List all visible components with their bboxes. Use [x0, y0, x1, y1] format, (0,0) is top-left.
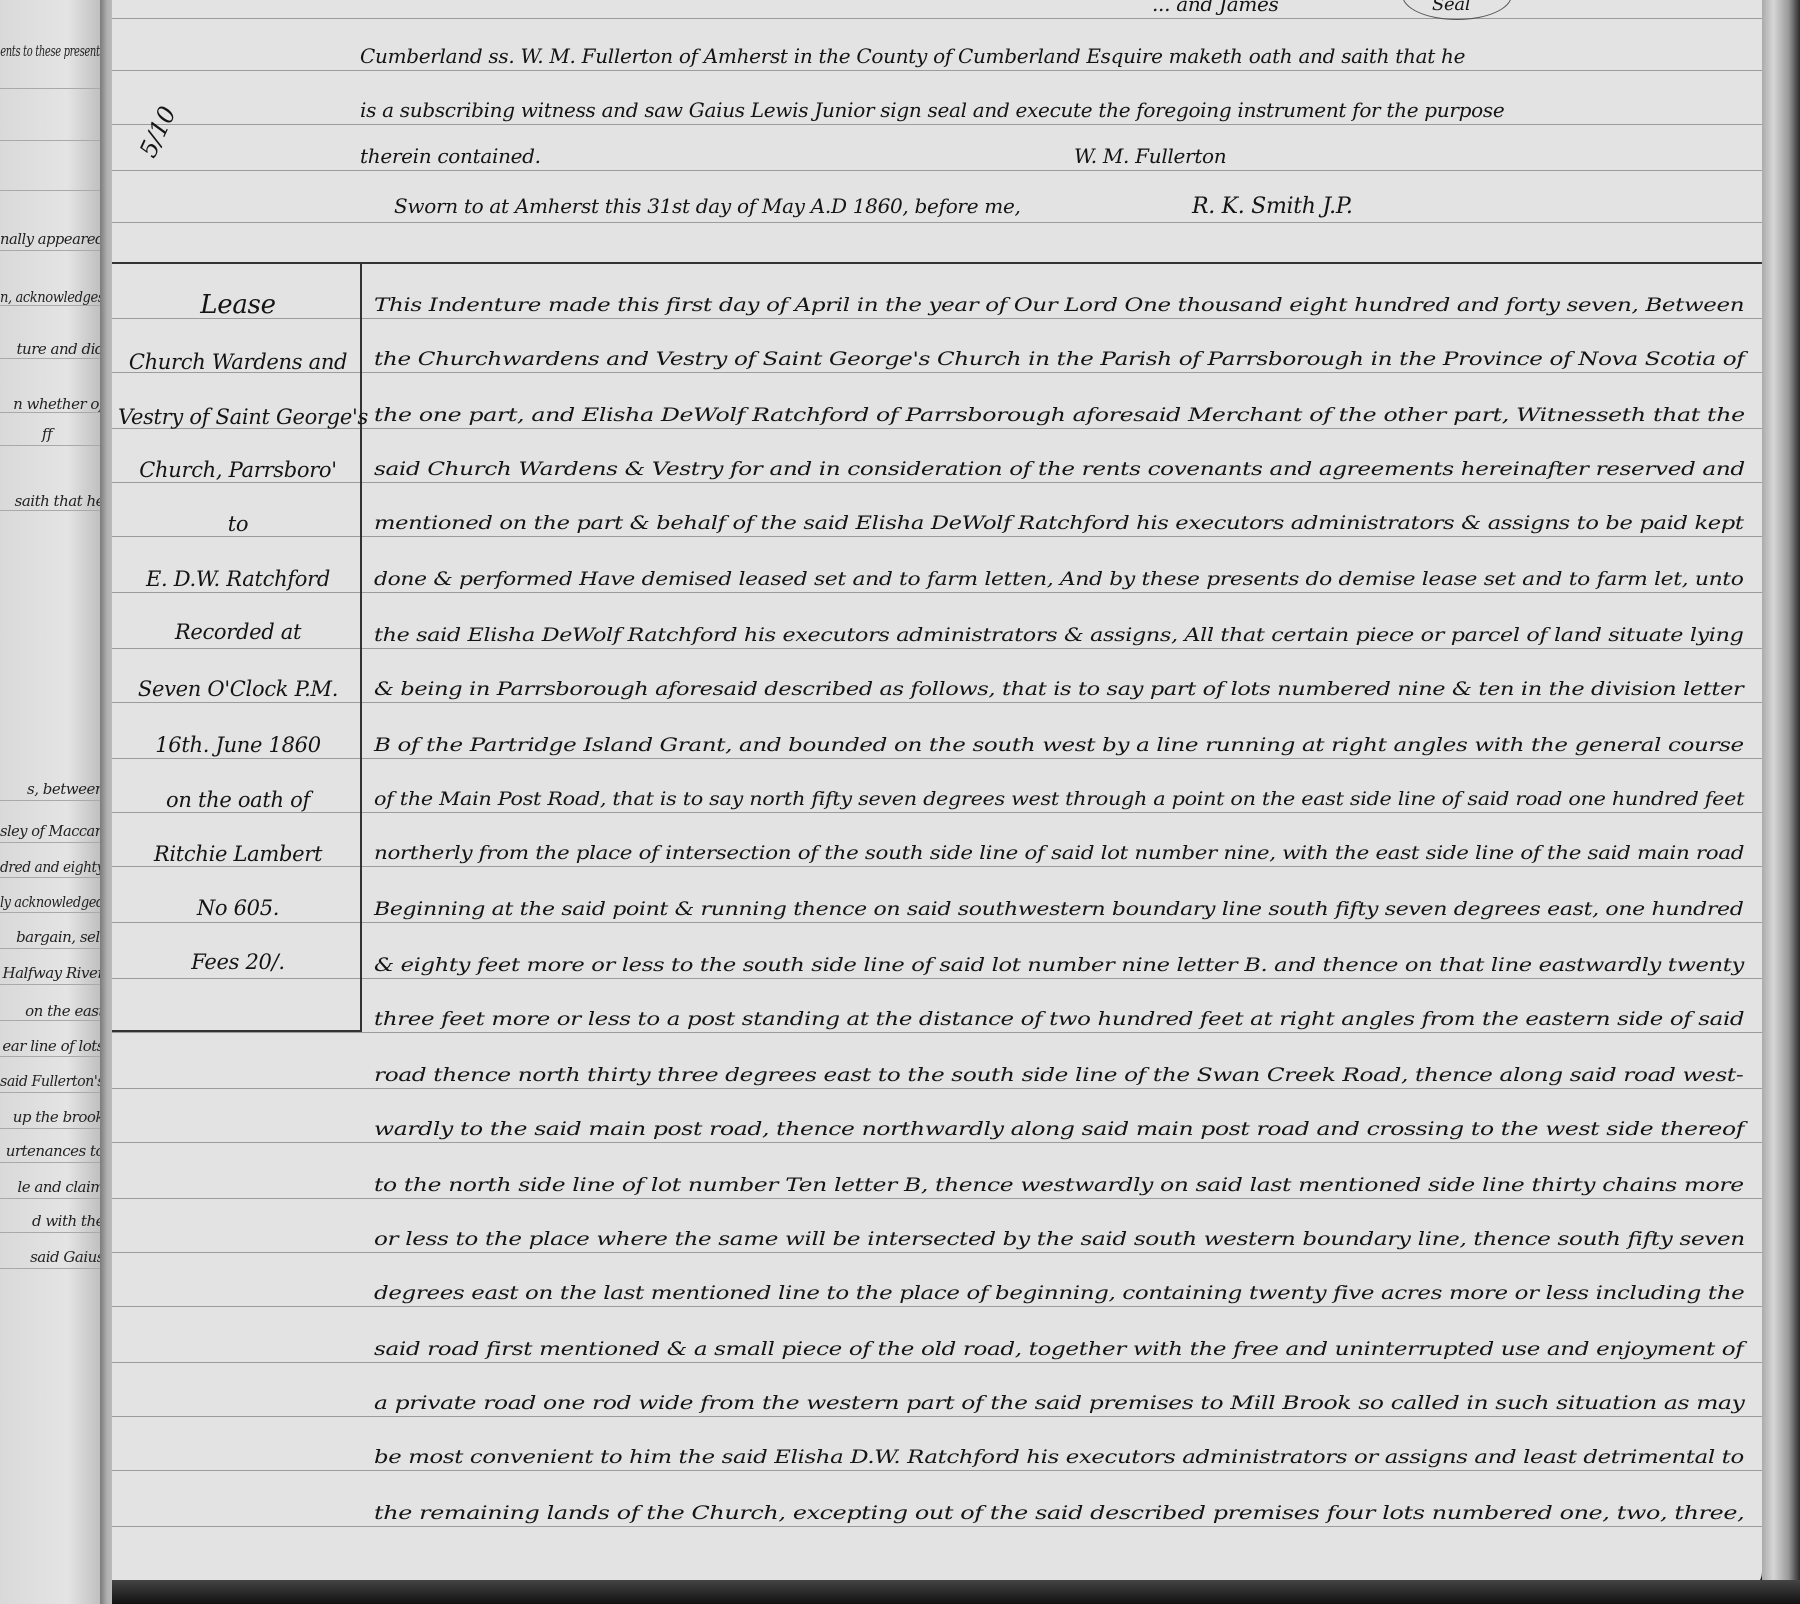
indenture-line: or less to the place where the same will… — [374, 1228, 1745, 1250]
ruled-line — [0, 1162, 112, 1163]
ruled-line — [112, 1416, 1762, 1417]
margin-column-rule — [360, 262, 362, 1032]
indenture-line: a private road one rod wide from the wes… — [374, 1392, 1745, 1414]
left-page-text: ents to these presents — [0, 42, 104, 60]
record-number: No 605. — [118, 896, 358, 920]
ruled-line — [0, 510, 112, 511]
indenture-line: wardly to the said main post road, thenc… — [374, 1118, 1744, 1140]
indenture-line: This Indenture made this first day of Ap… — [374, 294, 1744, 316]
left-page-text: on the east — [25, 1002, 104, 1020]
ruled-line — [112, 170, 1762, 171]
ruled-line — [112, 1252, 1762, 1253]
margin-line: Church Wardens and — [118, 350, 358, 374]
folio-marginal-note: 5/10 — [134, 102, 182, 162]
margin-box-bottom-rule — [112, 1030, 362, 1032]
affidavit-line-2: is a subscribing witness and saw Gaius L… — [360, 98, 1504, 122]
justice-signature: R. K. Smith J.P. — [1192, 194, 1353, 219]
left-page-text: ture and did — [17, 340, 104, 358]
ruled-line — [0, 842, 112, 843]
fees: Fees 20/. — [118, 950, 358, 974]
ruled-line — [0, 88, 112, 89]
ruled-line — [112, 18, 1762, 19]
ruled-line — [112, 1470, 1762, 1471]
ruled-line — [112, 1306, 1762, 1307]
left-page-text: said Gaius — [30, 1248, 104, 1266]
indenture-line: road thence north thirty three degrees e… — [374, 1064, 1743, 1086]
page-stack-edge — [1762, 0, 1800, 1604]
ruled-line — [112, 1198, 1762, 1199]
ruled-line — [0, 250, 112, 251]
left-page-text: up the brook — [13, 1108, 104, 1126]
ruled-line — [0, 800, 112, 801]
witness-signature: W. M. Fullerton — [1074, 144, 1226, 168]
ruled-line — [0, 1128, 112, 1129]
indenture-line: & eighty feet more or less to the south … — [374, 954, 1744, 976]
left-page-text: said Fullerton's — [0, 1072, 104, 1090]
page-bottom-shadow — [112, 1580, 1800, 1604]
ruled-line — [0, 140, 112, 141]
indenture-line: the remaining lands of the Church, excep… — [374, 1502, 1744, 1524]
indenture-line: B of the Partridge Island Grant, and bou… — [374, 734, 1744, 756]
margin-line: on the oath of — [118, 788, 358, 812]
seal-label: Seal — [1432, 0, 1470, 15]
margin-title: Lease — [118, 290, 358, 320]
left-page-text: le and claim — [17, 1178, 104, 1196]
indenture-line: said Church Wardens & Vestry for and in … — [374, 458, 1745, 480]
left-page-text: ly acknowledged — [0, 893, 104, 911]
indenture-line: to the north side line of lot number Ten… — [374, 1174, 1744, 1196]
ruled-line — [0, 1198, 112, 1199]
left-page-text: urtenances to — [6, 1142, 104, 1160]
left-page-text: ff — [42, 425, 52, 443]
ruled-line — [0, 1268, 112, 1269]
ruled-line — [112, 124, 1762, 125]
margin-line: Church, Parrsboro' — [118, 458, 358, 482]
sworn-statement: Sworn to at Amherst this 31st day of May… — [394, 194, 1021, 218]
indenture-line: northerly from the place of intersection… — [374, 842, 1744, 864]
ruled-line — [112, 1526, 1762, 1527]
left-page-text: nally appeared — [0, 230, 104, 248]
ruled-line — [0, 912, 112, 913]
indenture-line: the said Elisha DeWolf Ratchford his exe… — [374, 624, 1743, 646]
top-partial-text: ... and James — [1152, 0, 1279, 16]
indenture-line: three feet more or less to a post standi… — [374, 1008, 1744, 1030]
left-page-text: n whether of — [13, 395, 104, 413]
ruled-line — [0, 1092, 112, 1093]
affidavit-line-1: Cumberland ss. W. M. Fullerton of Amhers… — [360, 44, 1465, 68]
ruled-line — [0, 358, 112, 359]
ruled-line — [112, 1362, 1762, 1363]
indenture-line: & being in Parrsborough aforesaid descri… — [374, 678, 1743, 700]
indenture-line: said road first mentioned & a small piec… — [374, 1338, 1743, 1360]
ruled-line — [0, 445, 112, 446]
ruled-line — [0, 984, 112, 985]
indenture-line: mentioned on the part & behalf of the sa… — [374, 512, 1744, 534]
indenture-line: the Churchwardens and Vestry of Saint Ge… — [374, 348, 1745, 370]
left-page-text: Halfway River — [2, 964, 104, 982]
indenture-line: degrees east on the last mentioned line … — [374, 1282, 1744, 1304]
ruled-line — [112, 1088, 1762, 1089]
left-page-text: s, between — [27, 780, 104, 798]
ledger-page: ... and James Seal 5/10 Cumberland ss. W… — [112, 0, 1762, 1590]
ruled-line — [0, 948, 112, 949]
indenture-line: the one part, and Elisha DeWolf Ratchfor… — [374, 404, 1745, 426]
left-page-text: saith that he — [15, 492, 104, 510]
margin-line: Recorded at — [118, 620, 358, 644]
indenture-line: be most convenient to him the said Elish… — [374, 1446, 1744, 1468]
ruled-line — [112, 70, 1762, 71]
ruled-line — [0, 1020, 112, 1021]
margin-line: E. D.W. Ratchford — [118, 567, 358, 591]
ruled-line — [112, 1142, 1762, 1143]
left-page-text: n, acknowledges — [0, 288, 104, 306]
ruled-line — [0, 190, 112, 191]
ruled-line — [0, 1232, 112, 1233]
indenture-line: done & performed Have demised leased set… — [374, 568, 1744, 590]
left-page-text: dred and eighty — [0, 858, 104, 876]
recorded-date: 16th. June 1860 — [118, 733, 358, 757]
ruled-line — [0, 1056, 112, 1057]
indenture-line: of the Main Post Road, that is to say no… — [374, 788, 1744, 810]
left-facing-page: ents to these presents nally appeared n,… — [0, 0, 112, 1604]
ruled-line — [0, 877, 112, 878]
margin-line: Vestry of Saint George's — [118, 405, 358, 429]
ruled-line — [112, 222, 1762, 223]
oath-name: Ritchie Lambert — [118, 842, 358, 866]
margin-line: to — [118, 512, 358, 536]
indenture-line: Beginning at the said point & running th… — [374, 898, 1743, 920]
left-page-text: ear line of lots — [2, 1037, 104, 1055]
left-page-text: bargain, sell — [16, 928, 104, 946]
ruled-line — [112, 1032, 1762, 1033]
left-page-text: sley of Maccan — [0, 822, 104, 840]
affidavit-line-3: therein contained. — [360, 144, 541, 168]
left-page-text: d with the — [32, 1212, 104, 1230]
recorded-time: Seven O'Clock P.M. — [118, 677, 358, 701]
